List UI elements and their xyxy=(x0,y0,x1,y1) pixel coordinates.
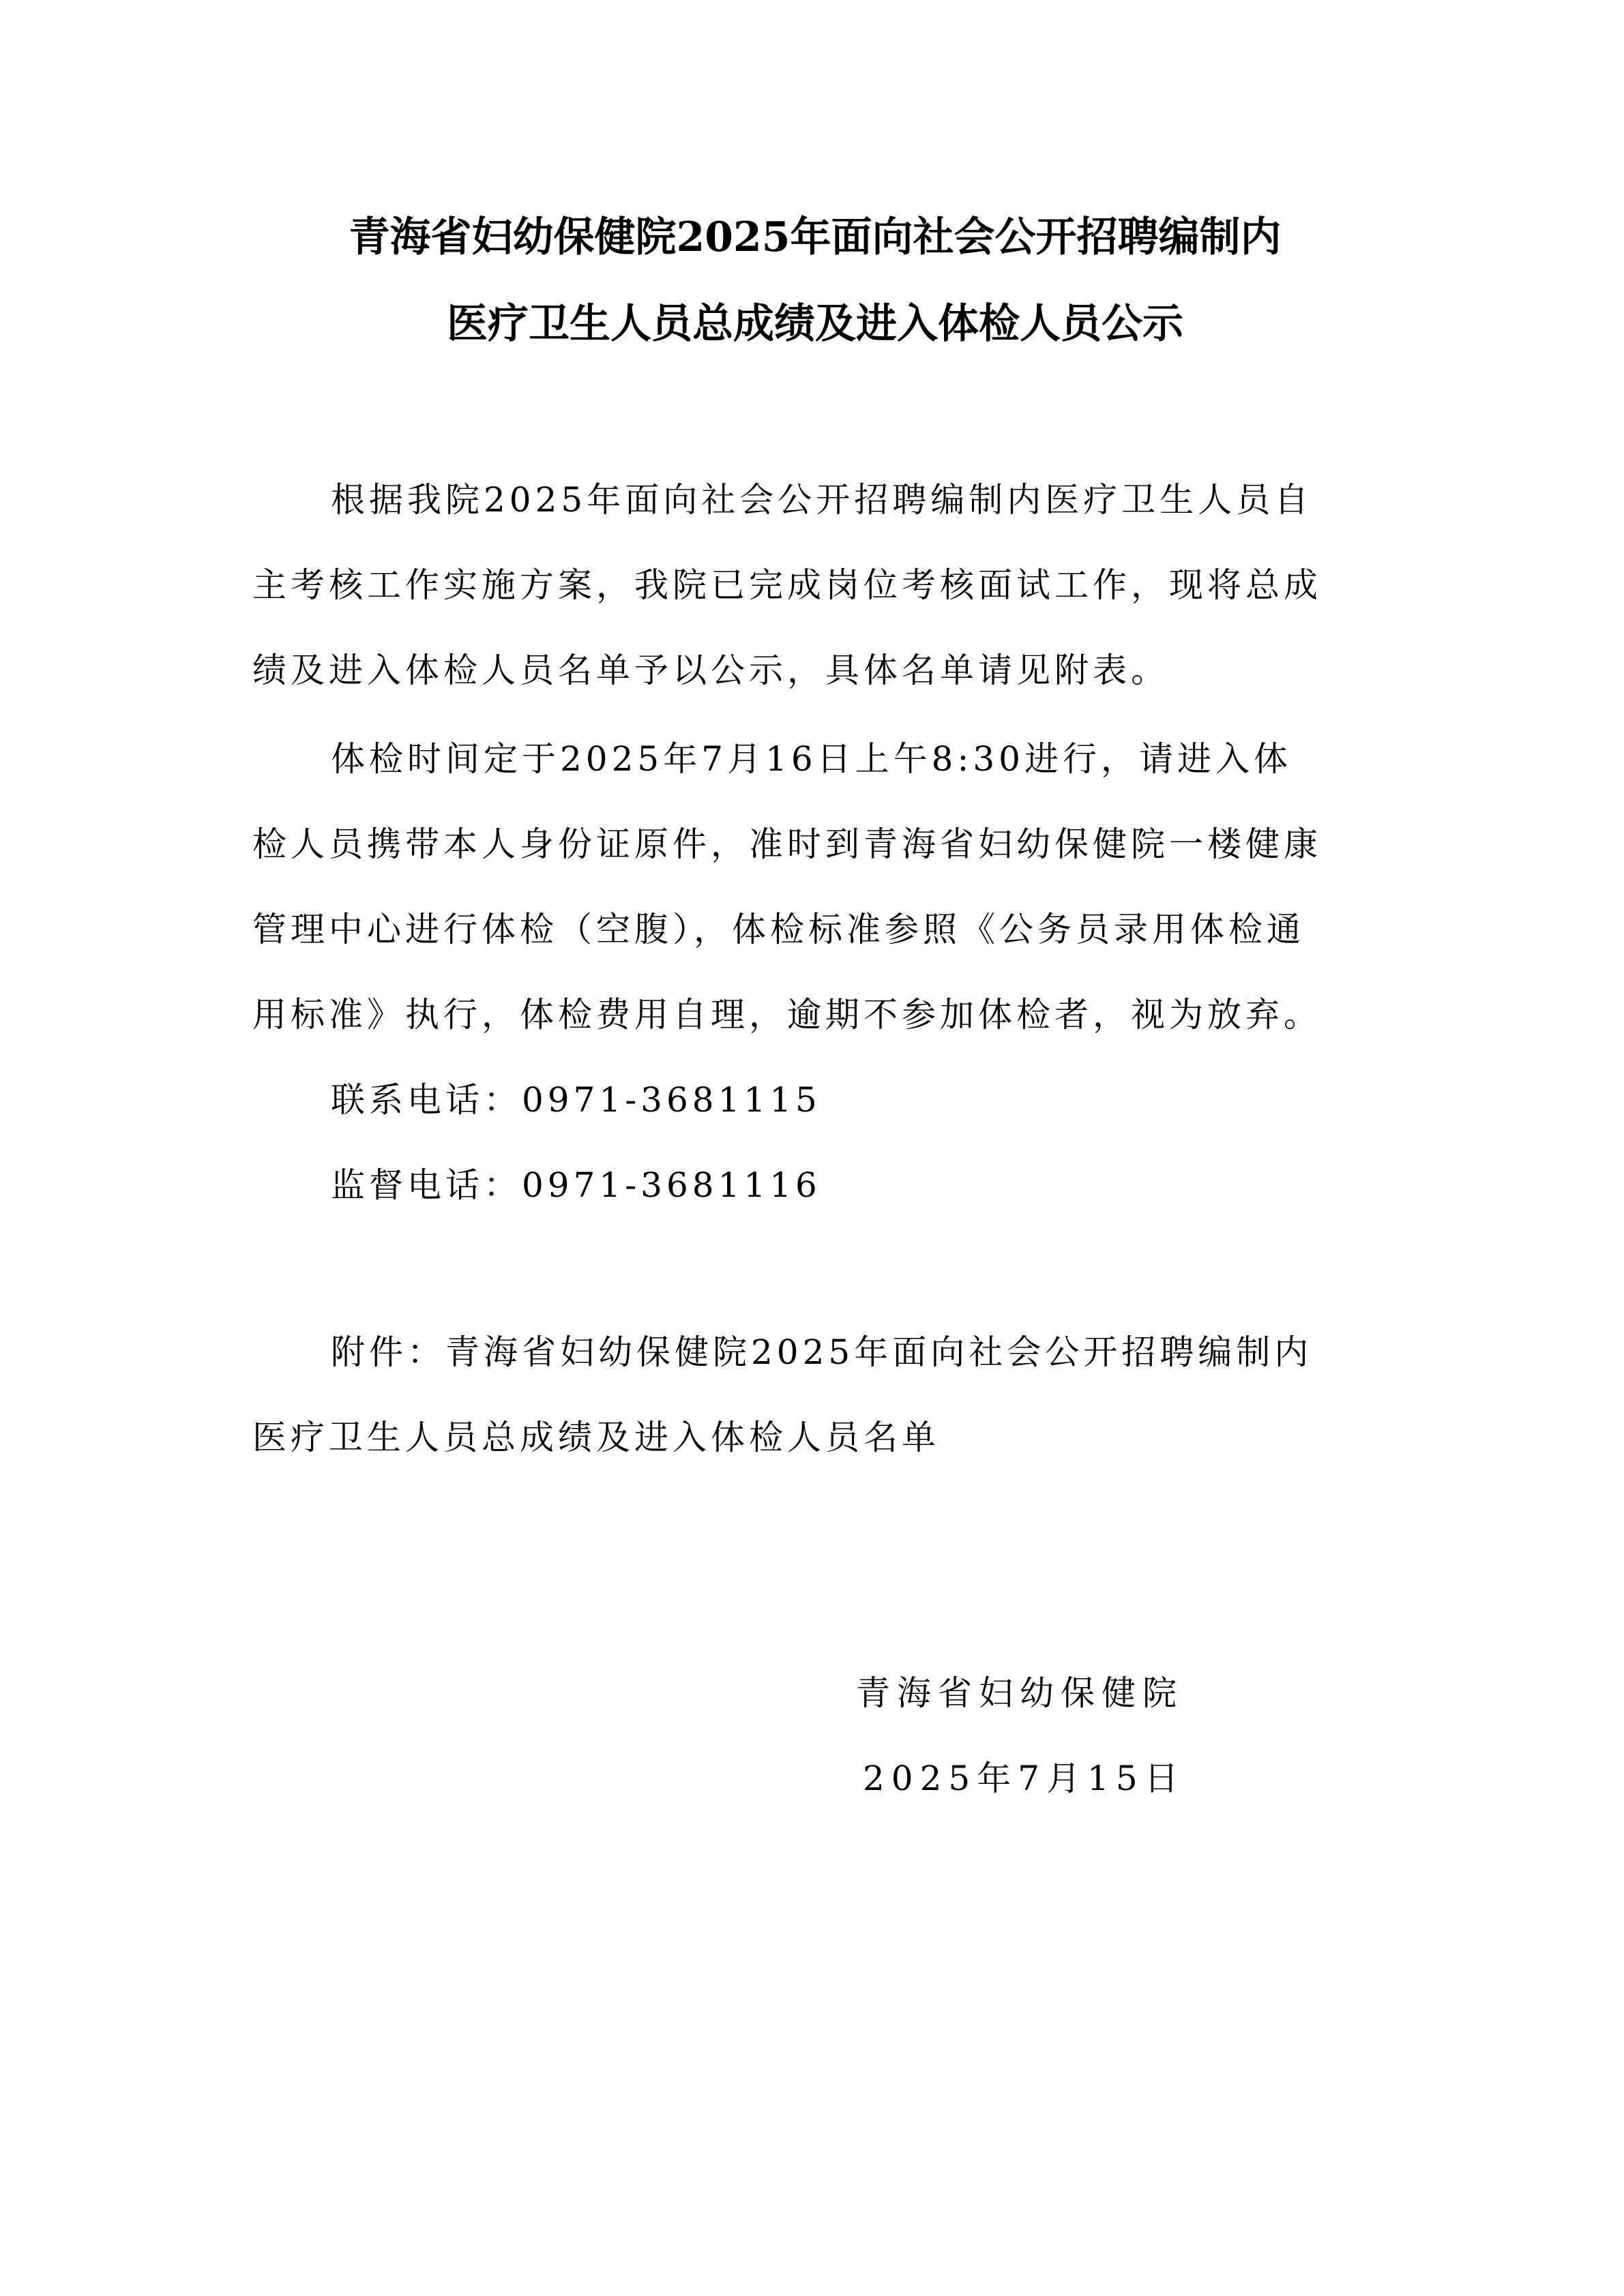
paragraph-2-line-4: 用标准》执行，体检费用自理，逾期不参加体检者，视为放弃。 xyxy=(252,996,1322,1034)
contact-phone: 联系电话：0971-3681115 xyxy=(331,1081,821,1119)
paragraph-1-line-2: 主考核工作实施方案，我院已完成岗位考核面试工作，现将总成 xyxy=(252,566,1322,604)
paragraph-1-line-1: 根据我院2025年面向社会公开招聘编制内医疗卫生人员自 xyxy=(331,481,1312,519)
paragraph-1-line-3: 绩及进入体检人员名单予以公示，具体名单请见附表。 xyxy=(252,651,1169,689)
document-page: 青海省妇幼保健院2025年面向社会公开招聘编制内 医疗卫生人员总成绩及进入体检人… xyxy=(0,0,1624,2296)
signature-date: 2025年7月15日 xyxy=(863,1759,1185,1798)
document-title-line-2: 医疗卫生人员总成绩及进入体检人员公示 xyxy=(252,303,1378,344)
signature-organization: 青海省妇幼保健院 xyxy=(856,1674,1183,1712)
supervision-phone: 监督电话：0971-3681116 xyxy=(331,1166,821,1204)
attachment-line-2: 医疗卫生人员总成绩及进入体检人员名单 xyxy=(252,1418,940,1457)
paragraph-2-line-1: 体检时间定于2025年7月16日上午8:30进行，请进入体 xyxy=(331,740,1292,778)
paragraph-2-line-2: 检人员携带本人身份证原件，准时到青海省妇幼保健院一楼健康 xyxy=(252,825,1322,863)
paragraph-2-line-3: 管理中心进行体检（空腹），体检标准参照《公务员录用体检通 xyxy=(252,910,1305,949)
attachment-line-1: 附件：青海省妇幼保健院2025年面向社会公开招聘编制内 xyxy=(331,1333,1312,1371)
document-title-line-1: 青海省妇幼保健院2025年面向社会公开招聘编制内 xyxy=(252,217,1378,258)
